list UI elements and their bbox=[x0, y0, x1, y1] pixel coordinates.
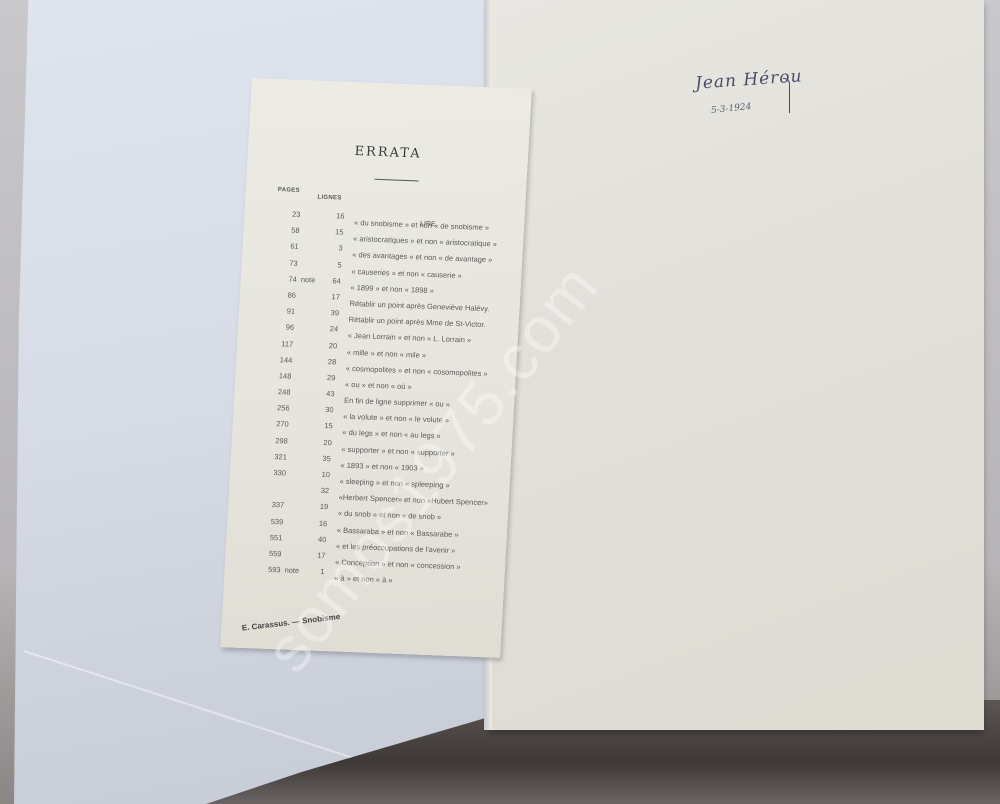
page-number: 337 bbox=[260, 500, 284, 510]
page-number: 248 bbox=[266, 387, 290, 397]
line-number: 10 bbox=[312, 470, 330, 480]
correction-text: « à » et non « à » bbox=[334, 574, 393, 585]
line-number: 16 bbox=[309, 518, 327, 528]
page-number: 96 bbox=[270, 322, 294, 332]
note-marker: note bbox=[284, 566, 299, 576]
line-number: 29 bbox=[317, 373, 335, 383]
line-number: 15 bbox=[325, 227, 343, 237]
errata-title: ERRATA bbox=[248, 140, 529, 166]
page-number: 91 bbox=[271, 306, 295, 316]
page-number: 270 bbox=[264, 419, 288, 429]
page-number: 256 bbox=[265, 403, 289, 413]
page-number: 86 bbox=[272, 290, 296, 300]
signature-flourish bbox=[783, 78, 790, 113]
line-number: 15 bbox=[314, 421, 332, 431]
page-number: 58 bbox=[275, 225, 299, 235]
line-number: 32 bbox=[311, 486, 329, 496]
line-number: 28 bbox=[318, 356, 336, 366]
line-number: 5 bbox=[323, 259, 341, 269]
note-marker: note bbox=[301, 275, 316, 285]
page-number: 23 bbox=[276, 209, 300, 219]
header-lignes: LIGNES bbox=[317, 195, 341, 202]
line-number: 20 bbox=[319, 340, 337, 350]
page-number: 330 bbox=[262, 468, 286, 478]
line-number: 24 bbox=[320, 324, 338, 334]
line-number: 35 bbox=[313, 453, 331, 463]
title-rule bbox=[375, 179, 419, 182]
page-number: 559 bbox=[257, 548, 281, 558]
page-number: 148 bbox=[267, 371, 291, 381]
page-number: 74 bbox=[273, 274, 297, 284]
line-number: 30 bbox=[315, 405, 333, 415]
page-number: 61 bbox=[274, 241, 298, 251]
errata-rows: 2316« du snobisme » et non « de snobisme… bbox=[248, 209, 519, 590]
line-number: 16 bbox=[326, 211, 344, 221]
page-number: 539 bbox=[259, 516, 283, 526]
line-number: 20 bbox=[314, 437, 332, 447]
line-number: 19 bbox=[310, 502, 328, 512]
page-crease bbox=[24, 650, 357, 760]
errata-footer: E. Carassus. — Snobisme bbox=[241, 612, 340, 633]
photo-scene: Jean Hérou 5-3-1924 ERRATA PAGES LIGNES … bbox=[0, 0, 1000, 804]
line-number: 17 bbox=[307, 550, 325, 560]
page-number: 298 bbox=[264, 435, 288, 445]
signature-date: 5-3-1924 bbox=[711, 102, 752, 116]
line-number: 40 bbox=[308, 534, 326, 544]
line-number: 1 bbox=[306, 567, 324, 577]
line-number: 64 bbox=[323, 276, 341, 286]
handwritten-signature: Jean Hérou 5-3-1924 bbox=[695, 70, 805, 130]
line-number: 17 bbox=[322, 292, 340, 302]
line-number: 43 bbox=[316, 389, 334, 399]
page-number: 73 bbox=[274, 258, 298, 268]
page-number: 144 bbox=[268, 354, 292, 364]
page-number: 117 bbox=[269, 338, 293, 348]
page-number bbox=[261, 484, 285, 485]
page-number: 551 bbox=[258, 532, 282, 542]
page-number: 593 bbox=[256, 565, 280, 575]
line-number: 3 bbox=[324, 243, 342, 253]
errata-slip: ERRATA PAGES LIGNES LIRE 2316« du snobis… bbox=[220, 78, 532, 658]
page-number: 321 bbox=[263, 451, 287, 461]
header-pages: PAGES bbox=[278, 187, 300, 194]
line-number: 39 bbox=[321, 308, 339, 318]
